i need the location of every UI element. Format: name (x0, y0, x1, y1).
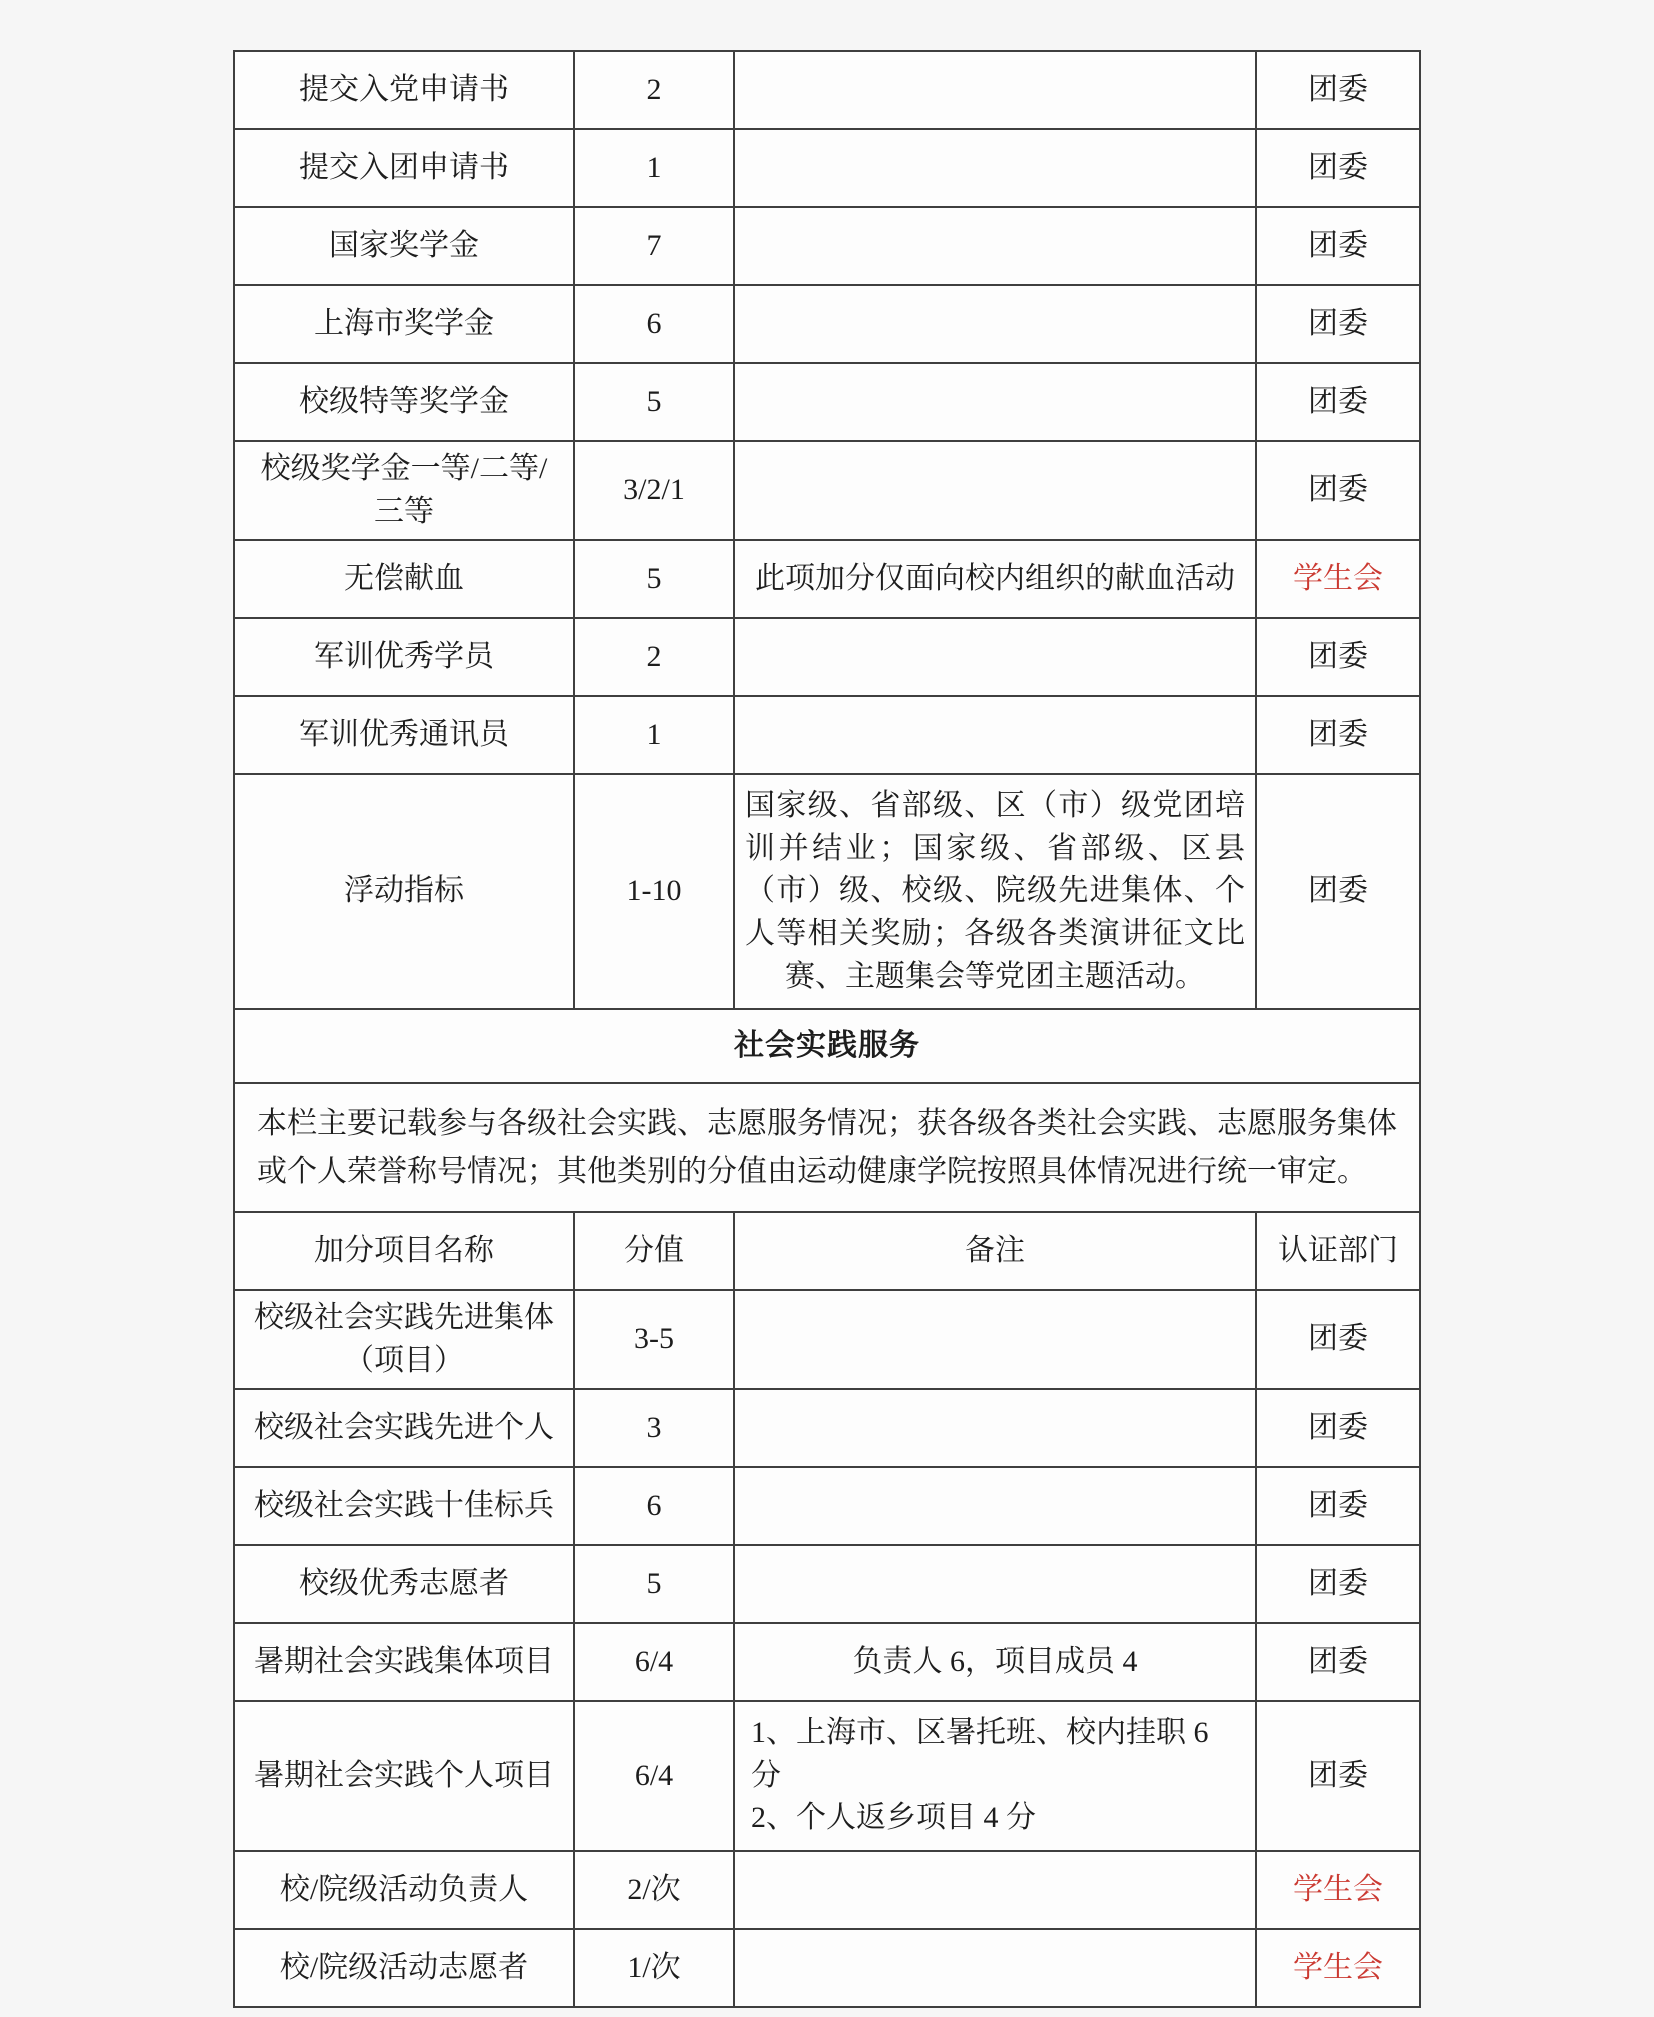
score-cell: 6/4 (574, 1701, 734, 1851)
table-row: 校级社会实践先进集体（项目）3-5团委 (234, 1290, 1420, 1389)
note-cell (734, 618, 1256, 696)
item-name-cell: 提交入党申请书 (234, 51, 574, 129)
note-cell (734, 1545, 1256, 1623)
table-row: 校级社会实践十佳标兵6团委 (234, 1467, 1420, 1545)
col-header-name: 加分项目名称 (234, 1212, 574, 1290)
dept-cell: 团委 (1256, 774, 1420, 1009)
table-row: 暑期社会实践个人项目6/41、上海市、区暑托班、校内挂职 6 分 2、个人返乡项… (234, 1701, 1420, 1851)
dept-cell: 学生会 (1256, 1929, 1420, 2007)
note-cell: 国家级、省部级、区（市）级党团培训并结业；国家级、省部级、区县（市）级、校级、院… (734, 774, 1256, 1009)
note-cell (734, 285, 1256, 363)
table-row: 军训优秀通讯员1团委 (234, 696, 1420, 774)
item-name-cell: 国家奖学金 (234, 207, 574, 285)
points-table: 提交入党申请书2团委提交入团申请书1团委国家奖学金7团委上海市奖学金6团委校级特… (233, 50, 1421, 2008)
table-row: 校/院级活动志愿者1/次学生会 (234, 1929, 1420, 2007)
note-cell (734, 51, 1256, 129)
dept-cell: 团委 (1256, 1467, 1420, 1545)
score-cell: 6 (574, 1467, 734, 1545)
item-name-cell: 军训优秀学员 (234, 618, 574, 696)
score-cell: 6/4 (574, 1623, 734, 1701)
points-table-body: 提交入党申请书2团委提交入团申请书1团委国家奖学金7团委上海市奖学金6团委校级特… (234, 51, 1420, 2007)
score-cell: 5 (574, 540, 734, 618)
item-name-cell: 校级社会实践十佳标兵 (234, 1467, 574, 1545)
note-cell (734, 441, 1256, 540)
score-cell: 2 (574, 618, 734, 696)
table-row: 校级社会实践先进个人3团委 (234, 1389, 1420, 1467)
table-row: 校级特等奖学金5团委 (234, 363, 1420, 441)
note-cell (734, 1389, 1256, 1467)
dept-cell: 团委 (1256, 363, 1420, 441)
item-name-cell: 校级优秀志愿者 (234, 1545, 574, 1623)
dept-cell: 团委 (1256, 1623, 1420, 1701)
score-cell: 2 (574, 51, 734, 129)
section-title: 社会实践服务 (234, 1009, 1420, 1083)
item-name-cell: 校级特等奖学金 (234, 363, 574, 441)
table-row: 上海市奖学金6团委 (234, 285, 1420, 363)
section-title-row: 社会实践服务 (234, 1009, 1420, 1083)
note-cell (734, 363, 1256, 441)
note-cell: 1、上海市、区暑托班、校内挂职 6 分 2、个人返乡项目 4 分 (734, 1701, 1256, 1851)
item-name-cell: 校/院级活动负责人 (234, 1851, 574, 1929)
note-cell (734, 1851, 1256, 1929)
section-note: 本栏主要记载参与各级社会实践、志愿服务情况；获各级各类社会实践、志愿服务集体或个… (234, 1083, 1420, 1212)
dept-cell: 学生会 (1256, 540, 1420, 618)
col-header-score: 分值 (574, 1212, 734, 1290)
score-cell: 1/次 (574, 1929, 734, 2007)
col-header-dept: 认证部门 (1256, 1212, 1420, 1290)
item-name-cell: 上海市奖学金 (234, 285, 574, 363)
dept-cell: 团委 (1256, 1290, 1420, 1389)
dept-cell: 团委 (1256, 1545, 1420, 1623)
section-note-row: 本栏主要记载参与各级社会实践、志愿服务情况；获各级各类社会实践、志愿服务集体或个… (234, 1083, 1420, 1212)
score-cell: 3/2/1 (574, 441, 734, 540)
score-cell: 3-5 (574, 1290, 734, 1389)
note-cell (734, 129, 1256, 207)
score-cell: 1 (574, 696, 734, 774)
score-cell: 5 (574, 1545, 734, 1623)
score-cell: 3 (574, 1389, 734, 1467)
table-row: 浮动指标1-10国家级、省部级、区（市）级党团培训并结业；国家级、省部级、区县（… (234, 774, 1420, 1009)
dept-cell: 团委 (1256, 1701, 1420, 1851)
item-name-cell: 校级社会实践先进集体（项目） (234, 1290, 574, 1389)
col-header-note: 备注 (734, 1212, 1256, 1290)
item-name-cell: 提交入团申请书 (234, 129, 574, 207)
dept-cell: 团委 (1256, 1389, 1420, 1467)
score-cell: 2/次 (574, 1851, 734, 1929)
score-cell: 7 (574, 207, 734, 285)
table-row: 校级优秀志愿者5团委 (234, 1545, 1420, 1623)
score-cell: 1 (574, 129, 734, 207)
score-cell: 5 (574, 363, 734, 441)
note-cell (734, 1290, 1256, 1389)
item-name-cell: 校/院级活动志愿者 (234, 1929, 574, 2007)
item-name-cell: 浮动指标 (234, 774, 574, 1009)
dept-cell: 团委 (1256, 129, 1420, 207)
note-cell: 此项加分仅面向校内组织的献血活动 (734, 540, 1256, 618)
item-name-cell: 军训优秀通讯员 (234, 696, 574, 774)
dept-cell: 学生会 (1256, 1851, 1420, 1929)
note-cell (734, 696, 1256, 774)
table-row: 无偿献血5此项加分仅面向校内组织的献血活动学生会 (234, 540, 1420, 618)
table-row: 暑期社会实践集体项目6/4负责人 6，项目成员 4团委 (234, 1623, 1420, 1701)
dept-cell: 团委 (1256, 618, 1420, 696)
item-name-cell: 暑期社会实践集体项目 (234, 1623, 574, 1701)
table-row: 校/院级活动负责人2/次学生会 (234, 1851, 1420, 1929)
item-name-cell: 暑期社会实践个人项目 (234, 1701, 574, 1851)
dept-cell: 团委 (1256, 207, 1420, 285)
score-cell: 6 (574, 285, 734, 363)
item-name-cell: 校级奖学金一等/二等/三等 (234, 441, 574, 540)
table-row: 提交入团申请书1团委 (234, 129, 1420, 207)
note-cell (734, 1929, 1256, 2007)
dept-cell: 团委 (1256, 51, 1420, 129)
document-page: 提交入党申请书2团委提交入团申请书1团委国家奖学金7团委上海市奖学金6团委校级特… (0, 0, 1654, 2017)
column-header-row: 加分项目名称分值备注认证部门 (234, 1212, 1420, 1290)
table-row: 国家奖学金7团委 (234, 207, 1420, 285)
note-cell (734, 1467, 1256, 1545)
table-row: 提交入党申请书2团委 (234, 51, 1420, 129)
dept-cell: 团委 (1256, 285, 1420, 363)
note-cell: 负责人 6，项目成员 4 (734, 1623, 1256, 1701)
item-name-cell: 无偿献血 (234, 540, 574, 618)
dept-cell: 团委 (1256, 441, 1420, 540)
table-row: 军训优秀学员2团委 (234, 618, 1420, 696)
table-row: 校级奖学金一等/二等/三等3/2/1团委 (234, 441, 1420, 540)
note-cell (734, 207, 1256, 285)
score-cell: 1-10 (574, 774, 734, 1009)
dept-cell: 团委 (1256, 696, 1420, 774)
item-name-cell: 校级社会实践先进个人 (234, 1389, 574, 1467)
